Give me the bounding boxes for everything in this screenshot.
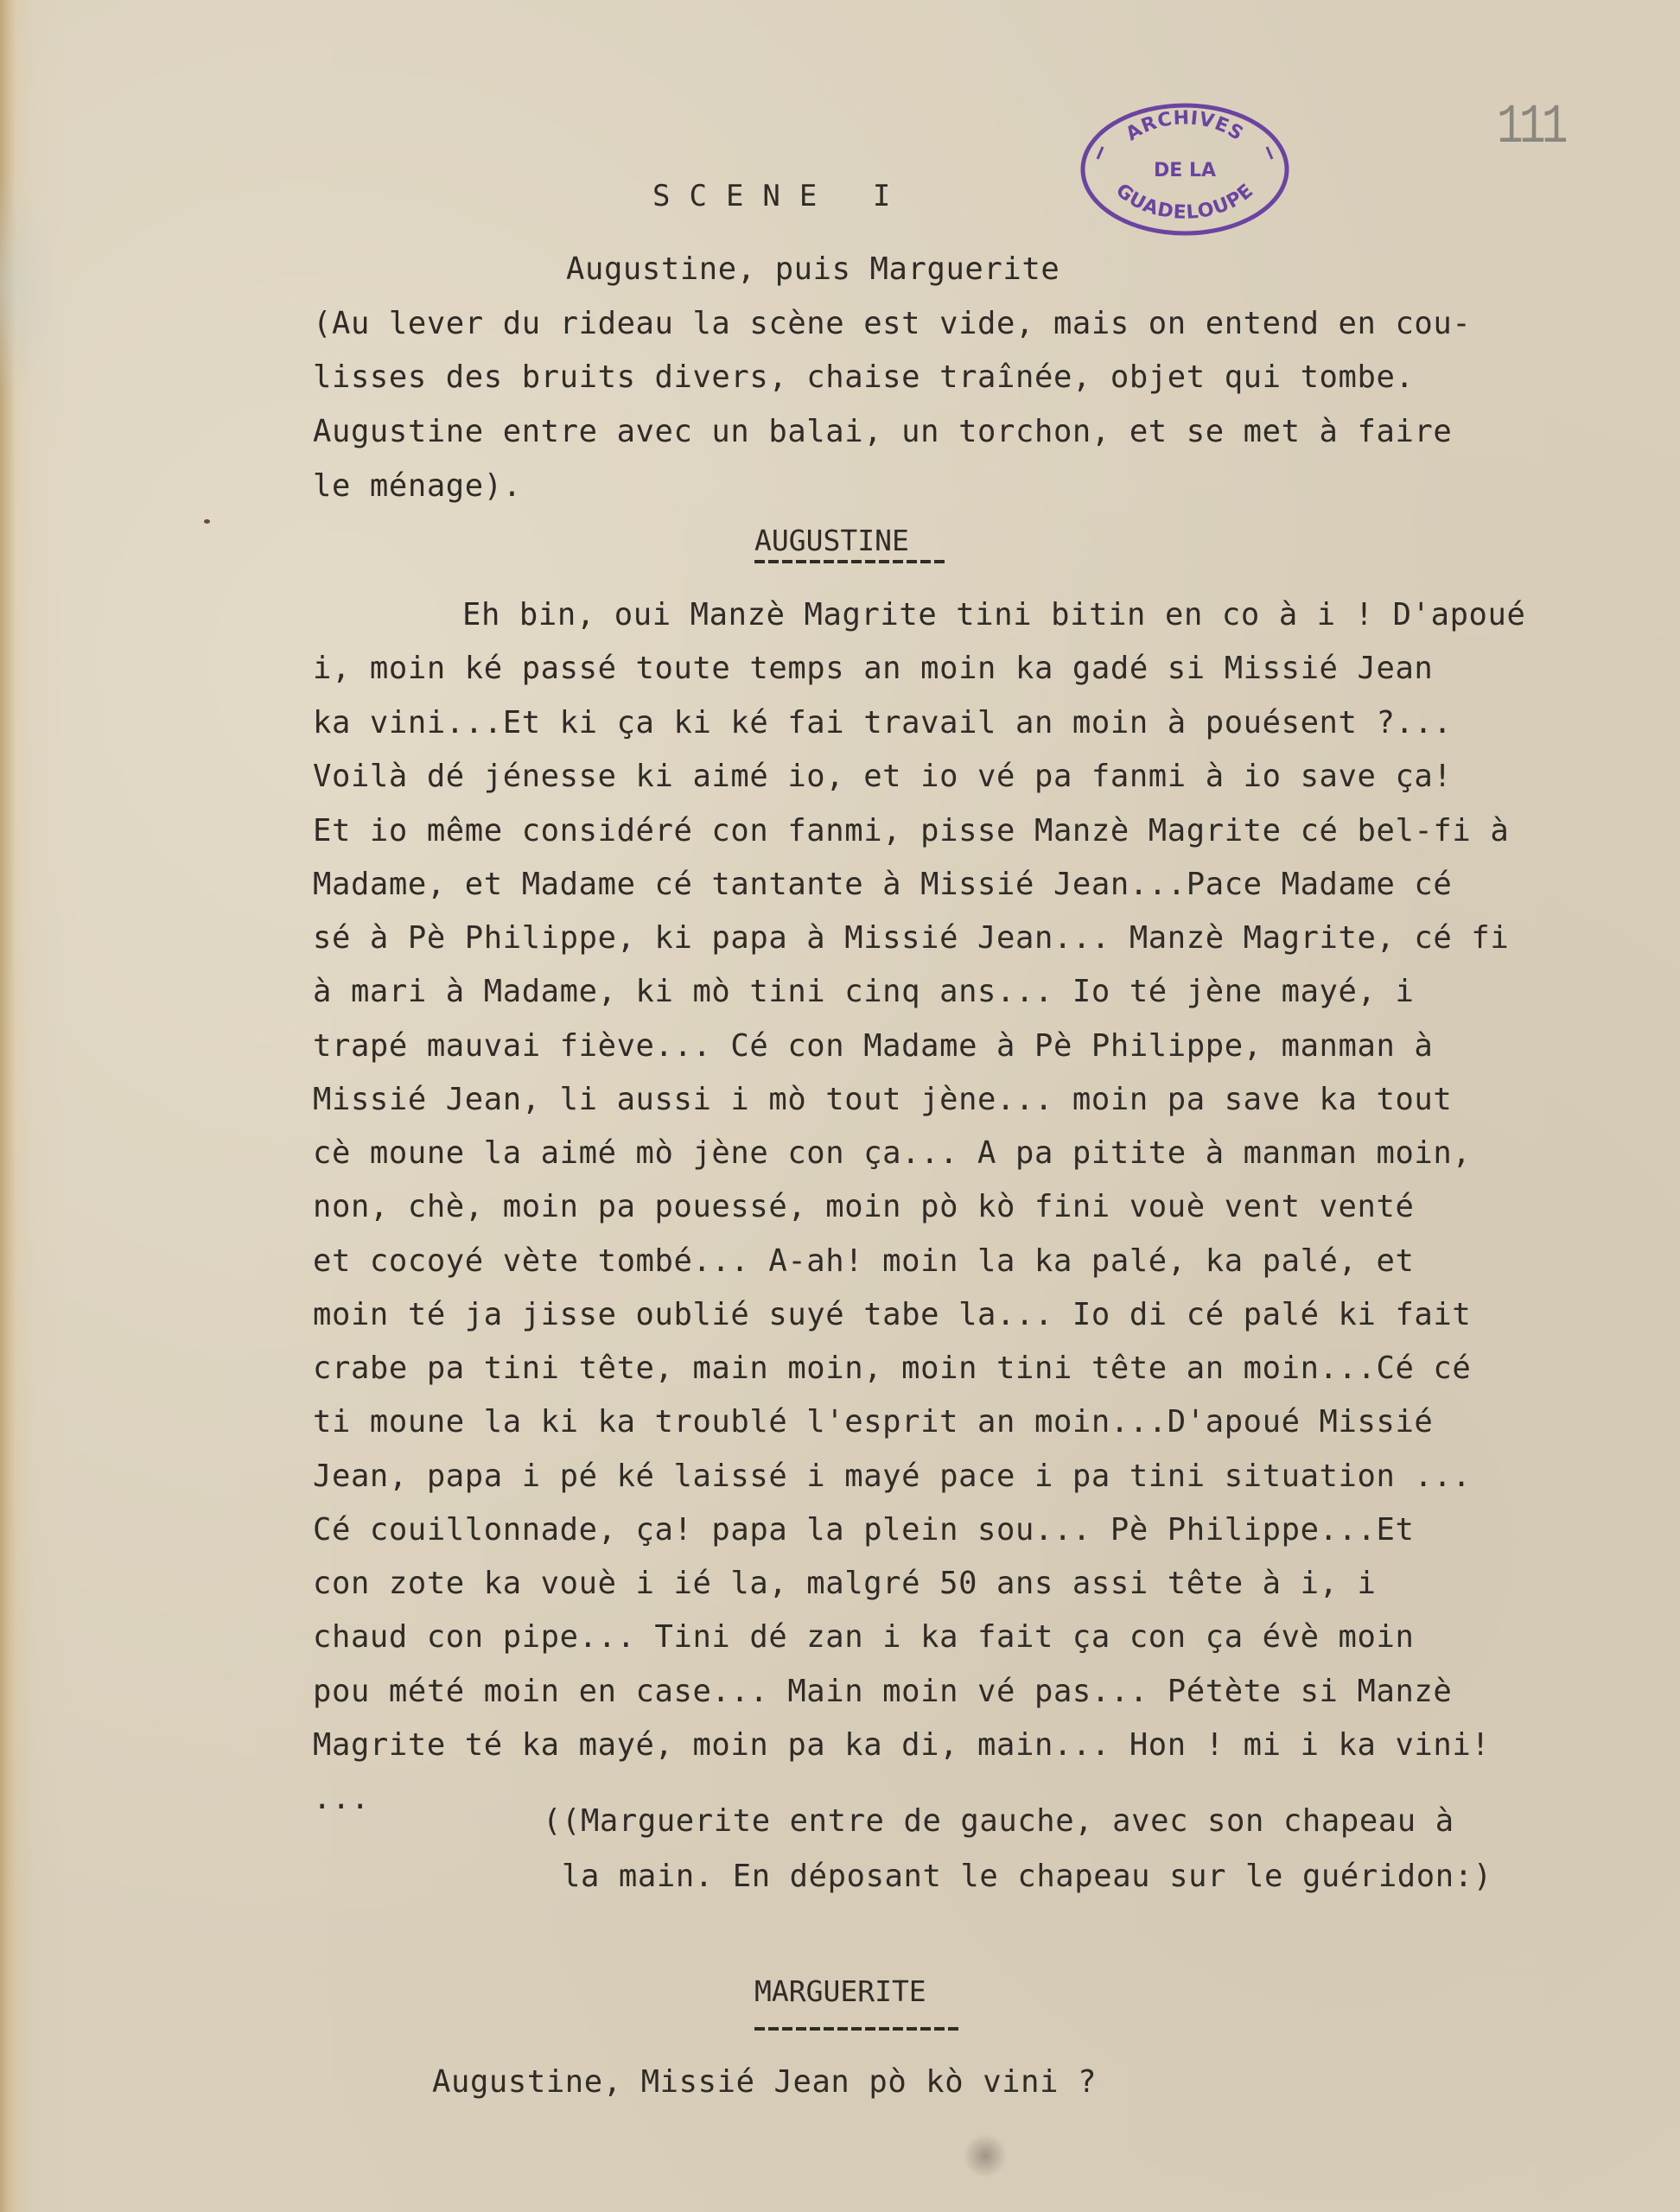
speech-line: i, moin ké passé toute temps an moin ka …	[313, 650, 1433, 688]
speech-line: ...	[313, 1780, 370, 1818]
speech-line: et cocoyé vète tombé... A-ah! moin la ka…	[313, 1243, 1414, 1281]
folio-number: 111	[1497, 97, 1564, 159]
stage-direction-line: le ménage).	[313, 467, 522, 505]
archives-stamp: ARCHIVES DE LA GUADELOUPE	[1079, 100, 1291, 238]
speech-line: trapé mauvai fiève... Cé con Madame à Pè…	[313, 1027, 1433, 1065]
speaker-underline	[754, 560, 946, 563]
stage-direction-line: la main. En déposant le chapeau sur le g…	[562, 1858, 1492, 1896]
speaker-name: AUGUSTINE	[754, 522, 909, 560]
speaker-underline	[754, 2027, 960, 2031]
speech-line: non, chè, moin pa pouessé, moin pò kò fi…	[313, 1188, 1414, 1226]
speech-line: sé à Pè Philippe, ki papa à Missié Jean.…	[313, 919, 1509, 957]
scene-characters: Augustine, puis Marguerite	[566, 251, 1060, 289]
speech-line: Et io même considéré con fanmi, pisse Ma…	[313, 812, 1509, 850]
svg-text:GUADELOUPE: GUADELOUPE	[1111, 180, 1258, 224]
speech-line: con zote ka vouè i ié la, malgré 50 ans …	[313, 1565, 1376, 1603]
speech-line: cè moune la aimé mò jène con ça... A pa …	[313, 1135, 1471, 1173]
speech-line: Eh bin, oui Manzè Magrite tini bitin en …	[462, 596, 1525, 634]
speech-line: Magrite té ka mayé, moin pa ka di, main.…	[313, 1726, 1490, 1764]
speech-line: ka vini...Et ki ça ki ké fai travail an …	[313, 704, 1452, 742]
speaker-name: MARGUERITE	[754, 1973, 926, 2011]
speech-line: pou mété moin en case... Main moin vé pa…	[313, 1673, 1452, 1711]
stage-direction-line: lisses des bruits divers, chaise traînée…	[313, 359, 1414, 397]
speech-line: chaud con pipe... Tini dé zan i ka fait …	[313, 1618, 1414, 1656]
speech-line: crabe pa tini tête, main moin, moin tini…	[313, 1350, 1471, 1388]
stage-direction-line: Augustine entre avec un balai, un torcho…	[313, 413, 1452, 451]
speech-line: moin té ja jisse oublié suyé tabe la... …	[313, 1296, 1471, 1334]
scene-title: SCENE I	[652, 177, 909, 215]
speech-line: Missié Jean, li aussi i mò tout jène... …	[313, 1081, 1452, 1119]
speech-line: à mari à Madame, ki mò tini cinq ans... …	[313, 973, 1414, 1011]
speech-line: Madame, et Madame cé tantante à Missié J…	[313, 866, 1452, 904]
speech-line: Jean, papa i pé ké laissé i mayé pace i …	[313, 1458, 1471, 1496]
speech-line: Voilà dé jénesse ki aimé io, et io vé pa…	[313, 758, 1452, 796]
ink-smudge	[959, 2134, 1011, 2177]
speech-line: Cé couillonnade, ça! papa la plein sou..…	[313, 1511, 1414, 1549]
stamp-bottom-text: GUADELOUPE	[1111, 180, 1258, 224]
stage-direction-line: ((Marguerite entre de gauche, avec son c…	[543, 1802, 1454, 1840]
stage-direction-line: (Au lever du rideau la scène est vide, m…	[313, 305, 1471, 343]
speech-line: Augustine, Missié Jean pò kò vini ?	[432, 2063, 1097, 2101]
stamp-middle-text: DE LA	[1154, 160, 1216, 181]
paper-speck	[204, 519, 210, 524]
speech-line: ti moune la ki ka troublé l'esprit an mo…	[313, 1403, 1433, 1441]
paper-stain	[0, 173, 60, 397]
